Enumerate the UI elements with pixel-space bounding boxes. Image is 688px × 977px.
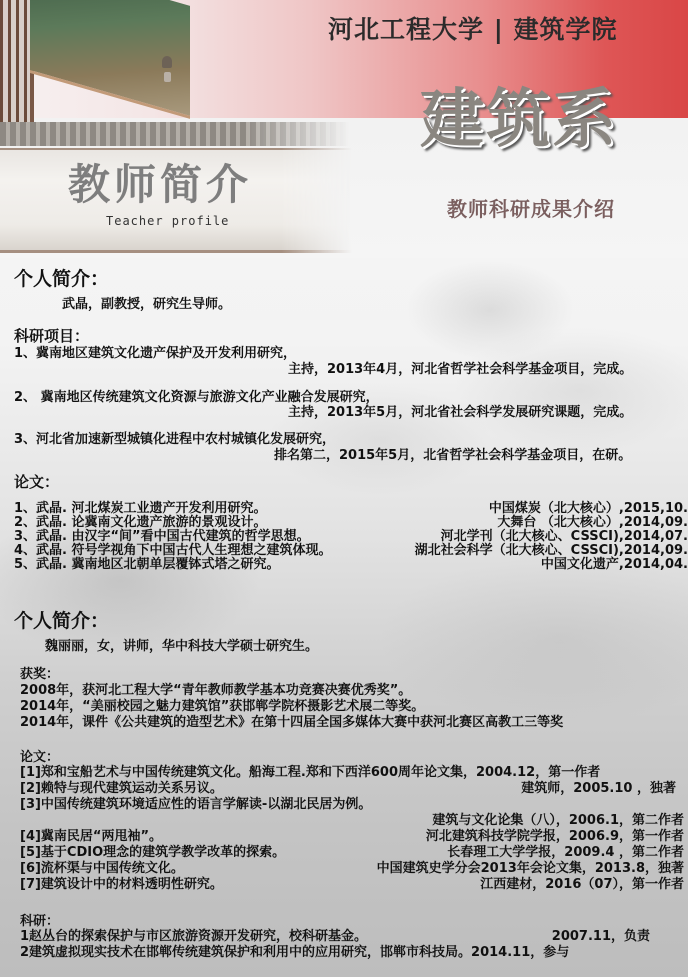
paper-source: 中国文化遗产,2014,04. [541,558,688,572]
teacher1-papers-list: 1、武晶. 河北煤炭工业遗产开发利用研究。 中国煤炭（北大核心）,2015,10… [14,502,688,572]
paper-row: [6]流杯渠与中国传统文化。 中国建筑史学分会2013年会论文集，2013.8，… [20,862,684,878]
teacher2-award-3: 2014年，课件《公共建筑的造型艺术》在第十四届全国多媒体大赛中获河北赛区高教工… [20,715,563,730]
teacher2-profile-text: 魏丽丽，女，讲师，华中科技大学硕士研究生。 [45,639,318,654]
teacher2-papers-heading: 论文： [20,750,59,765]
university-title: 河北工程大学 | 建筑学院 [328,10,618,46]
teacher2-profile-heading: 个人简介： [14,606,109,633]
teacher2-research-heading: 科研： [20,914,59,929]
research-detail: 2007.11，负责 [552,930,650,944]
research-title: 1赵丛台的探索保护与市区旅游资源开发研究，校科研基金。 [20,930,367,944]
page-subtitle: 教师科研成果介绍 [447,193,615,222]
section-title-en: Teacher profile [106,214,229,228]
paper-source: 中国煤炭（北大核心）,2015,10. [489,502,688,516]
paper-row: [4]冀南民居“两甩袖”。 河北建筑科技学院学报，2006.9，第一作者 [20,830,684,846]
paper-source: 江西建材，2016（07），第一作者 [480,878,684,892]
paper-source: 大舞台 （北大核心）,2014,09. [497,516,688,530]
paper-title: 2、武晶. 论冀南文化遗产旅游的景观设计。 [14,516,267,530]
paper-row: [2]赖特与现代建筑运动关系另议。 建筑师，2005.10 ，独著 [20,782,684,798]
paper-title: 5、武晶. 冀南地区北朝单层覆钵式塔之研究。 [14,558,280,572]
paper-row: [3]中国传统建筑环境适应性的语言学解读-以湖北民居为例。 [20,798,684,814]
teacher1-papers-heading: 论文： [14,471,59,492]
bell-tassel-icon [164,72,171,82]
teacher2-research-list: 1赵丛台的探索保护与市区旅游资源开发研究，校科研基金。 2007.11，负责 2… [20,930,650,962]
section-title-cn: 教师简介 [68,152,252,212]
teacher2-award-2: 2014年，“美丽校园之魅力建筑馆”获邯郸学院杯摄影艺术展二等奖。 [20,699,424,714]
paper-title: [6]流杯渠与中国传统文化。 [20,862,184,876]
teacher1-project-2-detail: 主持，2013年5月，河北省社会科学发展研究课题，完成。 [288,405,632,420]
department-title: 建筑系 [420,68,618,160]
pagoda-roof-image [0,0,190,125]
paper-row: 建筑与文化论集（八），2006.1，第二作者 [20,814,684,830]
research-title: 2建筑虚拟现实技术在邯郸传统建筑保护和利用中的应用研究，邯郸市科技局。2014.… [20,946,569,960]
paper-title: [4]冀南民居“两甩袖”。 [20,830,162,844]
paper-source: 中国建筑史学分会2013年会论文集，2013.8，独著 [377,862,684,876]
teacher1-profile-text: 武晶，副教授，研究生导师。 [62,297,231,312]
paper-title: [1]郑和宝船艺术与中国传统建筑文化。船海工程.郑和下西洋600周年论文集，20… [20,766,600,780]
teacher2-papers-list: [1]郑和宝船艺术与中国传统建筑文化。船海工程.郑和下西洋600周年论文集，20… [20,766,684,894]
paper-title: 3、武晶. 由汉字“间”看中国古代建筑的哲学思想。 [14,530,310,544]
teacher1-project-1-detail: 主持，2013年4月，河北省哲学社会科学基金项目，完成。 [288,362,632,377]
teacher1-project-3-detail: 排名第二，2015年5月，北省哲学社会科学基金项目，在研。 [274,448,631,463]
paper-source: 建筑师，2005.10 ，独著 [521,782,676,796]
paper-row: 5、武晶. 冀南地区北朝单层覆钵式塔之研究。 中国文化遗产,2014,04. [14,558,688,572]
paper-row: [7]建筑设计中的材料透明性研究。 江西建材，2016（07），第一作者 [20,878,684,894]
teacher1-profile-heading: 个人简介： [14,264,109,291]
teacher1-project-3-title: 3、河北省加速新型城镇化进程中农村城镇化发展研究， [14,432,335,447]
page: 河北工程大学 | 建筑学院 建筑系 教师简介 Teacher profile 教… [0,0,688,977]
teacher1-projects-heading: 科研项目： [14,325,89,346]
paper-row: 2、武晶. 论冀南文化遗产旅游的景观设计。 大舞台 （北大核心）,2014,09… [14,516,688,530]
lattice-window-icon [0,0,34,122]
paper-row: [1]郑和宝船艺术与中国传统建筑文化。船海工程.郑和下西洋600周年论文集，20… [20,766,684,782]
paper-row: 4、武晶. 符号学视角下中国古代人生理想之建筑体现。 湖北社会科学（北大核心、C… [14,544,688,558]
paper-source: 建筑与文化论集（八），2006.1，第二作者 [432,814,684,828]
paper-title: [2]赖特与现代建筑运动关系另议。 [20,782,223,796]
paper-title: [3]中国传统建筑环境适应性的语言学解读-以湖北民居为例。 [20,798,371,812]
paper-title: [5]基于CDIO理念的建筑学教学改革的探索。 [20,846,285,860]
paper-row: 3、武晶. 由汉字“间”看中国古代建筑的哲学思想。 河北学刊（北大核心、CSSC… [14,530,688,544]
paper-source: 河北学刊（北大核心、CSSCI),2014,07. [441,530,688,544]
teacher1-project-2-title: 2、 冀南地区传统建筑文化资源与旅游文化产业融合发展研究， [14,390,379,405]
paper-source: 河北建筑科技学院学报，2006.9，第一作者 [426,830,684,844]
mountain-mist-decoration-lower [0,520,688,977]
paper-source: 湖北社会科学（北大核心、CSSCI),2014,09. [415,544,688,558]
paper-row: [5]基于CDIO理念的建筑学教学改革的探索。 长春理工大学学报，2009.4 … [20,846,684,862]
teacher2-awards-heading: 获奖： [20,667,59,682]
research-row: 2建筑虚拟现实技术在邯郸传统建筑保护和利用中的应用研究，邯郸市科技局。2014.… [20,946,650,962]
research-row: 1赵丛台的探索保护与市区旅游资源开发研究，校科研基金。 2007.11，负责 [20,930,650,946]
teacher1-project-1-title: 1、冀南地区建筑文化遗产保护及开发利用研究， [14,346,296,361]
teacher2-award-1: 2008年，获河北工程大学“青年教师教学基本功竞赛决赛优秀奖”。 [20,683,411,698]
paper-row: 1、武晶. 河北煤炭工业遗产开发利用研究。 中国煤炭（北大核心）,2015,10… [14,502,688,516]
paper-source: 长春理工大学学报，2009.4 ，第二作者 [447,846,684,860]
paper-title: 4、武晶. 符号学视角下中国古代人生理想之建筑体现。 [14,544,332,558]
roof-tile-strip [0,122,350,146]
paper-title: 1、武晶. 河北煤炭工业遗产开发利用研究。 [14,502,267,516]
paper-title: [7]建筑设计中的材料透明性研究。 [20,878,223,892]
wind-bell-icon [162,56,172,68]
